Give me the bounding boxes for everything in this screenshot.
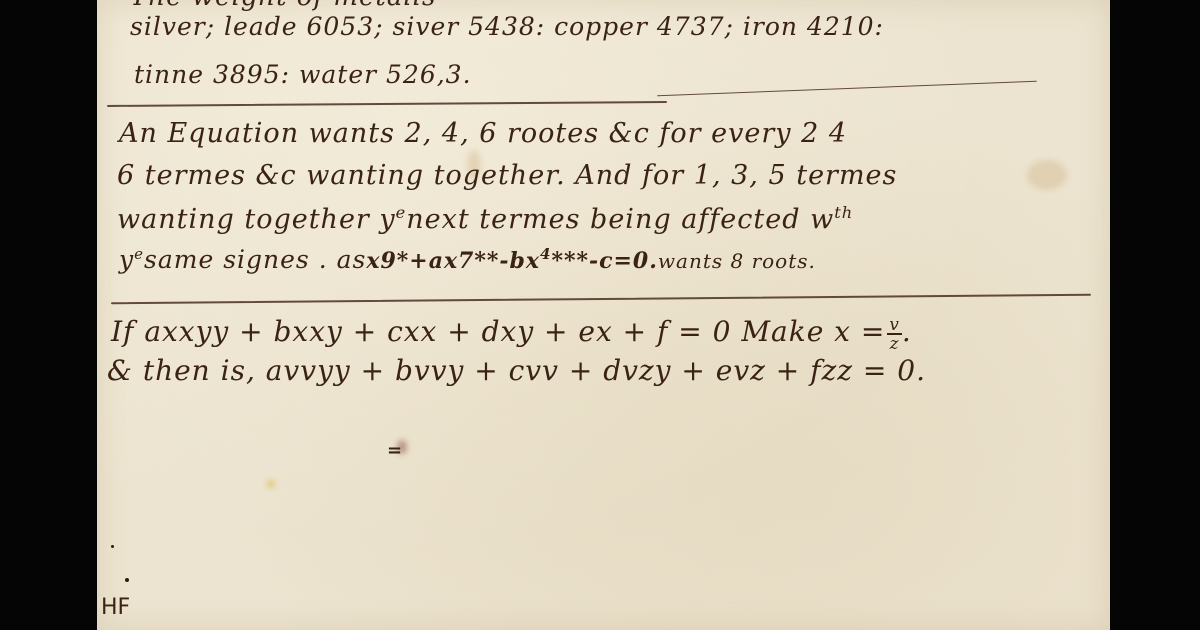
equation: x9*+ax7**-bx [366, 248, 540, 274]
divider-rule [107, 101, 667, 107]
text-line-equation-wants: An Equation wants 2, 4, 6 rootes &c for … [119, 118, 847, 149]
text-segment: wanting together y [117, 204, 396, 235]
text-line-termes-wanting: 6 termes &c wanting together. And for 1,… [117, 160, 897, 191]
superscript: e [396, 203, 407, 222]
fraction: vz [887, 316, 901, 352]
paper-stain [1027, 160, 1067, 190]
ink-dot [125, 578, 129, 582]
equation: ***-c=0. [551, 248, 657, 274]
text-line-then-is: & then is, avvyy + bvvy + cvv + dvzy + e… [107, 354, 926, 387]
text-segment: same signes . as [144, 245, 366, 274]
text-line-tin-water: tinne 3895: water 526,3. [134, 60, 472, 89]
superscript: e [134, 245, 144, 263]
superscript: th [834, 203, 853, 222]
text-line-if-equation: If axxyy + bxxy + cxx + dxy + ex + f = 0… [111, 315, 912, 351]
text-segment: next termes being affected w [406, 204, 834, 235]
text-line-metals-weights: silver; leade 6053; siver 5438: copper 4… [130, 12, 884, 41]
divider-rule [111, 294, 1091, 305]
fraction-numerator: v [887, 316, 901, 335]
corner-mark: HF [101, 595, 130, 620]
text-line-next-termes: wanting together ye next termes being af… [117, 203, 853, 235]
paper-stain [267, 480, 275, 488]
manuscript-photo: The weight of metalls silver; leade 6053… [0, 0, 1200, 630]
fraction-denominator: z [887, 335, 901, 352]
text-line-same-signes: ye same signes . as x9*+ax7**-bx4***-c=0… [119, 245, 816, 274]
text-line-metals-title: The weight of metalls [130, 0, 436, 12]
text-segment: y [119, 245, 134, 274]
divider-rule [657, 81, 1037, 97]
superscript: 4 [540, 245, 551, 263]
text-segment: . [902, 315, 912, 348]
stray-ink-mark: = [387, 440, 402, 461]
equation: If axxyy + bxxy + cxx + dxy + ex + f = 0… [111, 315, 885, 348]
ink-dot [111, 545, 114, 548]
manuscript-page: The weight of metalls silver; leade 6053… [97, 0, 1110, 630]
text-segment: wants 8 roots. [658, 249, 816, 273]
